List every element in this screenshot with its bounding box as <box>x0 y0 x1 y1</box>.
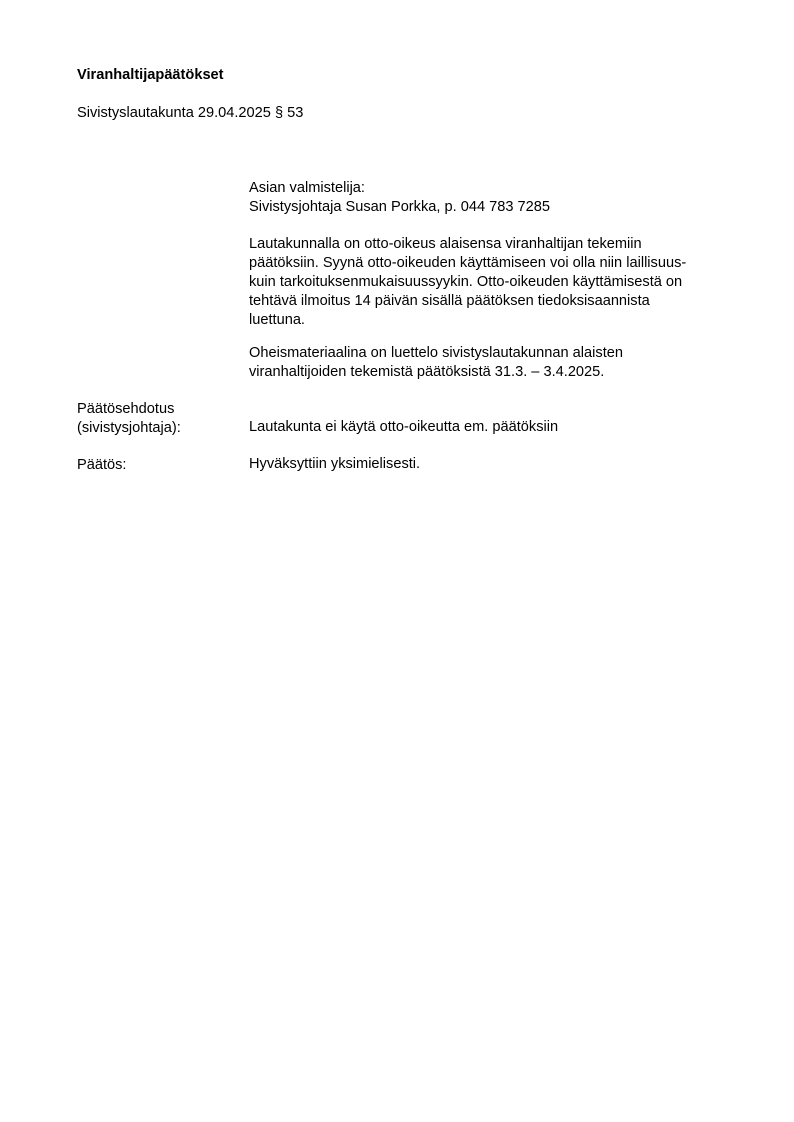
paragraph-line: tehtävä ilmoitus 14 päivän sisällä päätö… <box>249 292 727 311</box>
preparer-label: Asian valmistelija: <box>249 179 727 198</box>
proposal-label: Päätösehdotus (sivistysjohtaja): <box>77 400 181 438</box>
paragraph-line: Lautakunnalla on otto-oikeus alaisensa v… <box>249 235 727 254</box>
decision-label: Päätös: <box>77 456 127 475</box>
preparer-value: Sivistysjohtaja Susan Porkka, p. 044 783… <box>249 198 727 217</box>
paragraph-line: viranhaltijoiden tekemistä päätöksistä 3… <box>249 363 727 382</box>
proposal-label-line: Päätösehdotus <box>77 400 181 419</box>
meeting-reference: Sivistyslautakunta 29.04.2025 § 53 <box>77 105 303 121</box>
preparer-block: Asian valmistelija: Sivistysjohtaja Susa… <box>249 179 727 217</box>
paragraph-attachment: Oheismateriaalina on luettelo sivistysla… <box>249 344 727 382</box>
proposal-label-line: (sivistysjohtaja): <box>77 419 181 438</box>
paragraph-otto-oikeus: Lautakunnalla on otto-oikeus alaisensa v… <box>249 235 727 330</box>
paragraph-line: päätöksiin. Syynä otto-oikeuden käyttämi… <box>249 254 727 273</box>
decision-text: Hyväksyttiin yksimielisesti. <box>249 456 420 472</box>
proposal-text: Lautakunta ei käytä otto-oikeutta em. pä… <box>249 419 558 435</box>
paragraph-line: kuin tarkoituksenmukaisuussyykin. Otto-o… <box>249 273 727 292</box>
document-title: Viranhaltijapäätökset <box>77 67 224 83</box>
paragraph-line: luettuna. <box>249 311 727 330</box>
paragraph-line: Oheismateriaalina on luettelo sivistysla… <box>249 344 727 363</box>
